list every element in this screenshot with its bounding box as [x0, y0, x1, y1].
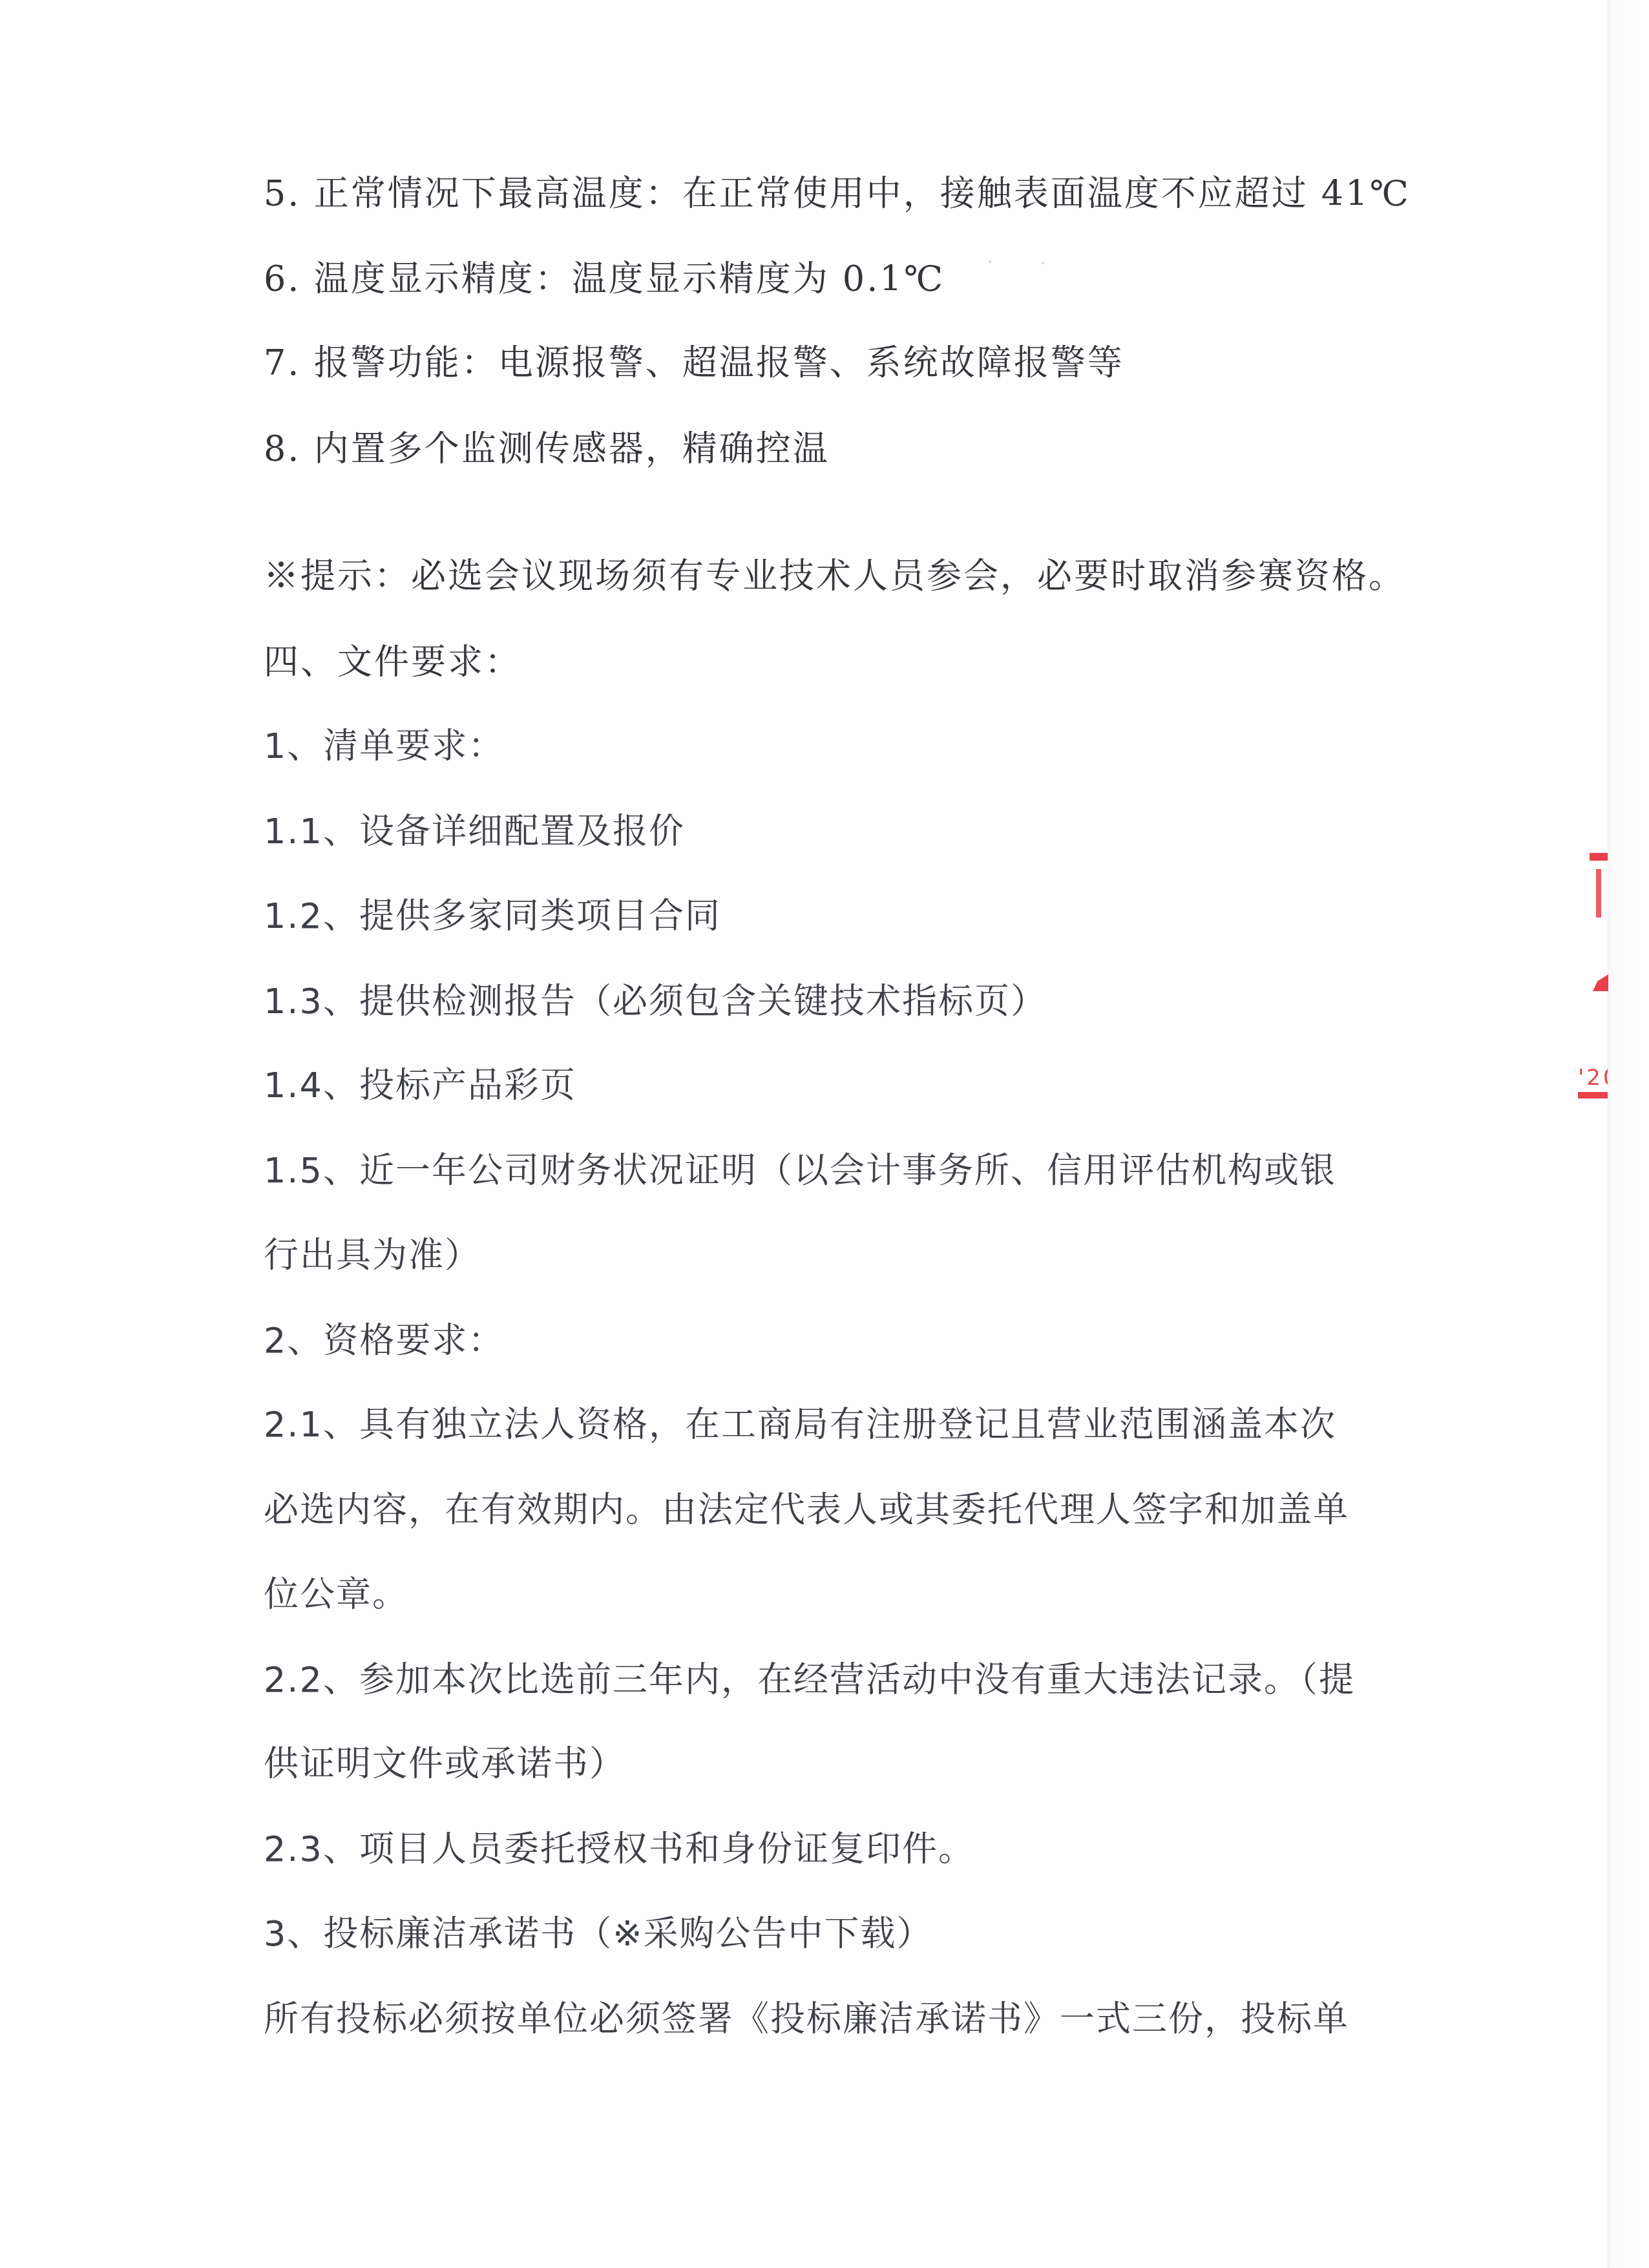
integrity-pledge-body: 所有投标必须按单位必须签署《投标廉洁承诺书》一式三份，投标单	[264, 1990, 1349, 2048]
scan-speck	[1042, 262, 1044, 264]
list-requirements-heading: 1、清单要求：	[264, 717, 504, 775]
list-item-2-3: 2.3、项目人员委托授权书和身份证复印件。	[264, 1820, 974, 1878]
list-item-2-1: 2.1、具有独立法人资格，在工商局有注册登记且营业范围涵盖本次	[264, 1396, 1336, 1454]
seal-fragment-star	[1593, 974, 1608, 991]
scanned-document-page: 5. 正常情况下最高温度：在正常使用中，接触表面温度不应超过 41℃ 6. 温度…	[0, 0, 1649, 2268]
list-item-2-1-continued: 必选内容，在有效期内。由法定代表人或其委托代理人签字和加盖单	[264, 1481, 1349, 1539]
section-heading-file-requirements: 四、文件要求：	[264, 633, 521, 691]
qualification-requirements-heading: 2、资格要求：	[264, 1312, 504, 1370]
list-item-1-3: 1.3、提供检测报告（必须包含关键技术指标页）	[264, 972, 1047, 1031]
list-item-2-2: 2.2、参加本次比选前三年内，在经营活动中没有重大违法记录。（提	[264, 1651, 1355, 1709]
list-item-1-4: 1.4、投标产品彩页	[264, 1056, 576, 1115]
seal-fragment-bar-top	[1590, 853, 1608, 861]
list-item-2-2-continued: 供证明文件或承诺书）	[264, 1735, 625, 1793]
list-item-1-2: 1.2、提供多家同类项目合同	[264, 887, 721, 945]
page-fold-edge	[1608, 0, 1649, 2268]
spec-line-7: 7. 报警功能：电源报警、超温报警、系统故障报警等	[264, 334, 1124, 392]
seal-fragment-bar-bottom	[1578, 1092, 1608, 1098]
spec-line-8: 8. 内置多个监测传感器，精确控温	[264, 420, 830, 478]
spec-line-5: 5. 正常情况下最高温度：在正常使用中，接触表面温度不应超过 41℃	[264, 165, 1411, 223]
integrity-pledge-heading: 3、投标廉洁承诺书（※采购公告中下载）	[264, 1905, 933, 1963]
list-item-1-1: 1.1、设备详细配置及报价	[264, 803, 685, 861]
seal-fragment-text: '20	[1578, 1065, 1608, 1091]
list-item-1-5-continued: 行出具为准）	[264, 1226, 481, 1285]
spec-line-6: 6. 温度显示精度：温度显示精度为 0.1℃	[264, 250, 945, 308]
list-item-1-5: 1.5、近一年公司财务状况证明（以会计事务所、信用评估机构或银	[264, 1142, 1336, 1200]
seal-fragment-glyph	[1596, 869, 1601, 918]
list-item-2-1-continued-2: 位公章。	[264, 1566, 408, 1624]
scan-speck	[989, 260, 991, 263]
tip-note: ※提示：必选会议现场须有专业技术人员参会，必要时取消参赛资格。	[264, 547, 1405, 605]
